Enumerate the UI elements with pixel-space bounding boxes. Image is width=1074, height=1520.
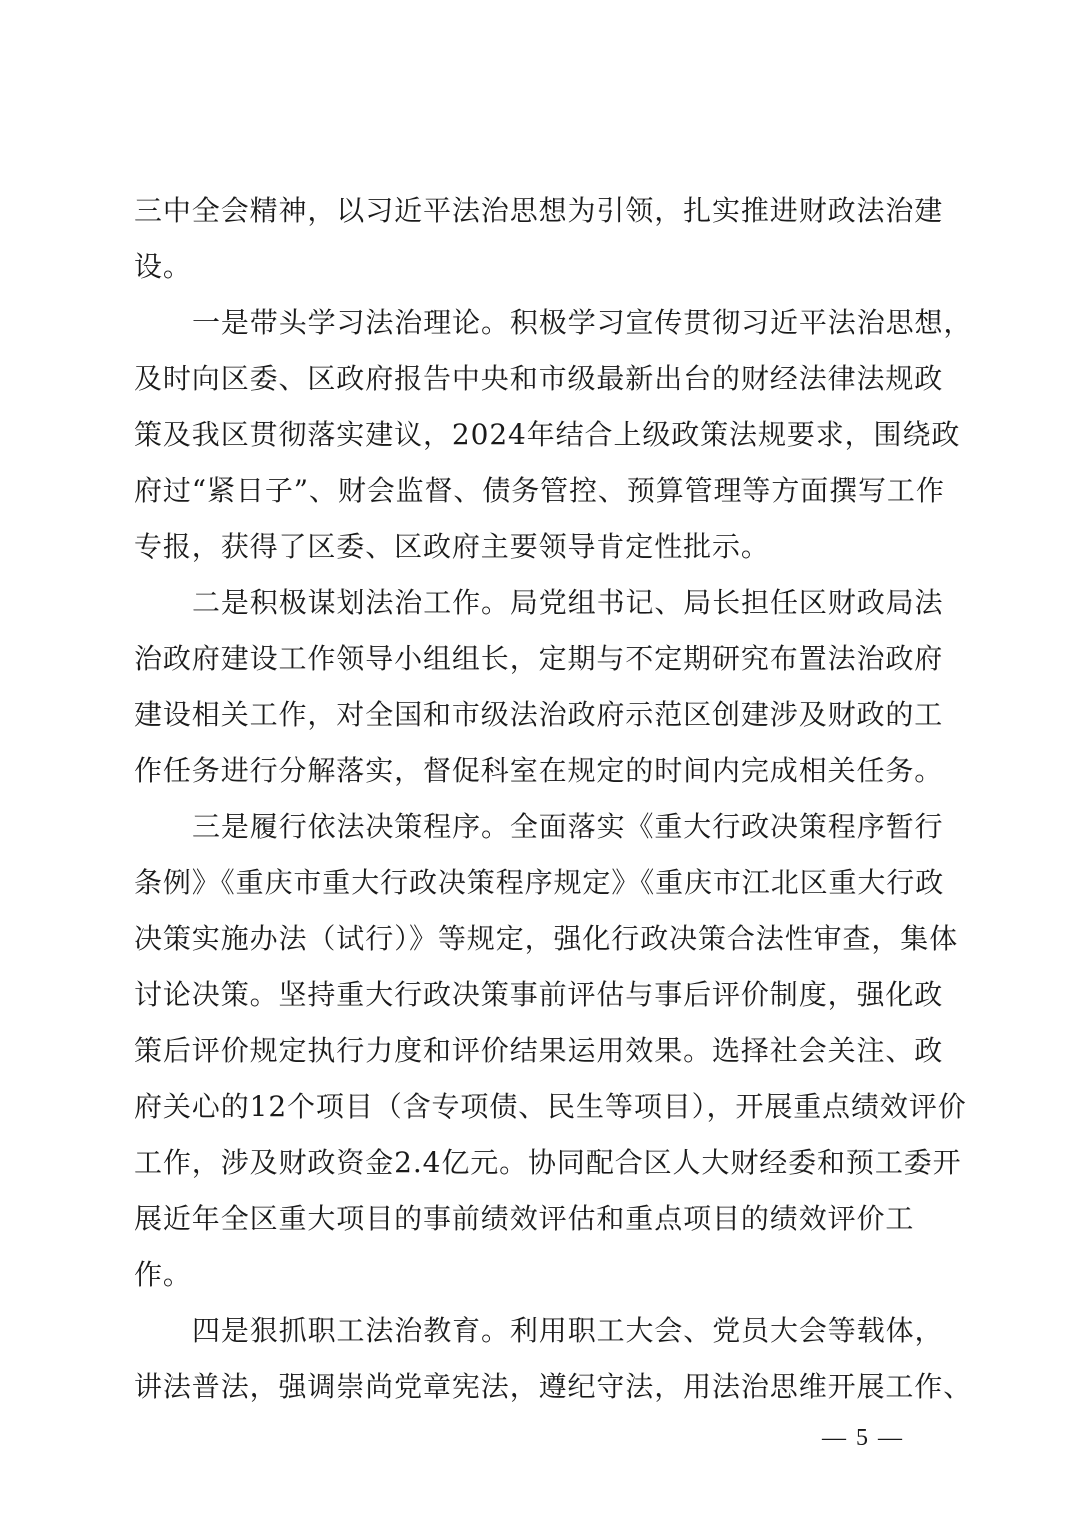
paragraph-3-start: 三是履行依法决策程序。全面落实《重大行政决策程序暂行	[192, 807, 946, 847]
text-line: 决策实施办法（试行）》等规定，强化行政决策合法性审查，集体	[134, 919, 946, 959]
text-line: 讨论决策。坚持重大行政决策事前评估与事后评价制度，强化政	[134, 975, 946, 1015]
text-line: 策后评价规定执行力度和评价结果运用效果。选择社会关注、政	[134, 1031, 946, 1071]
text-line: 条例》《重庆市重大行政决策程序规定》《重庆市江北区重大行政	[134, 863, 946, 903]
text-line: 治政府建设工作领导小组组长，定期与不定期研究布置法治政府	[134, 639, 946, 679]
paragraph-4-start: 四是狠抓职工法治教育。利用职工大会、党员大会等载体，	[192, 1311, 946, 1351]
paragraph-1-start: 一是带头学习法治理论。积极学习宣传贯彻习近平法治思想，	[192, 303, 946, 343]
document-page: 三中全会精神，以习近平法治思想为引领，扎实推进财政法治建 设。 一是带头学习法治…	[0, 0, 1074, 1520]
text-line: 府过“紧日子”、财会监督、债务管控、预算管理等方面撰写工作	[134, 471, 946, 511]
page-number: — 5 —	[822, 1425, 904, 1452]
text-line: 工作，涉及财政资金2.4亿元。协同配合区人大财经委和预工委开	[134, 1143, 946, 1183]
text-line: 展近年全区重大项目的事前绩效评估和重点项目的绩效评价工	[134, 1199, 946, 1239]
text-line: 讲法普法，强调崇尚党章宪法，遵纪守法，用法治思维开展工作、	[134, 1367, 946, 1407]
text-line: 策及我区贯彻落实建议，2024年结合上级政策法规要求，围绕政	[134, 415, 946, 455]
text-line: 作任务进行分解落实，督促科室在规定的时间内完成相关任务。	[134, 751, 946, 791]
text-line: 三中全会精神，以习近平法治思想为引领，扎实推进财政法治建	[134, 191, 946, 231]
text-line: 建设相关工作，对全国和市级法治政府示范区创建涉及财政的工	[134, 695, 946, 735]
text-line: 及时向区委、区政府报告中央和市级最新出台的财经法律法规政	[134, 359, 946, 399]
text-line: 作。	[134, 1255, 946, 1295]
text-line: 设。	[134, 247, 946, 287]
text-line: 专报，获得了区委、区政府主要领导肯定性批示。	[134, 527, 946, 567]
text-line: 府关心的12个项目（含专项债、民生等项目），开展重点绩效评价	[134, 1087, 946, 1127]
paragraph-2-start: 二是积极谋划法治工作。局党组书记、局长担任区财政局法	[192, 583, 946, 623]
